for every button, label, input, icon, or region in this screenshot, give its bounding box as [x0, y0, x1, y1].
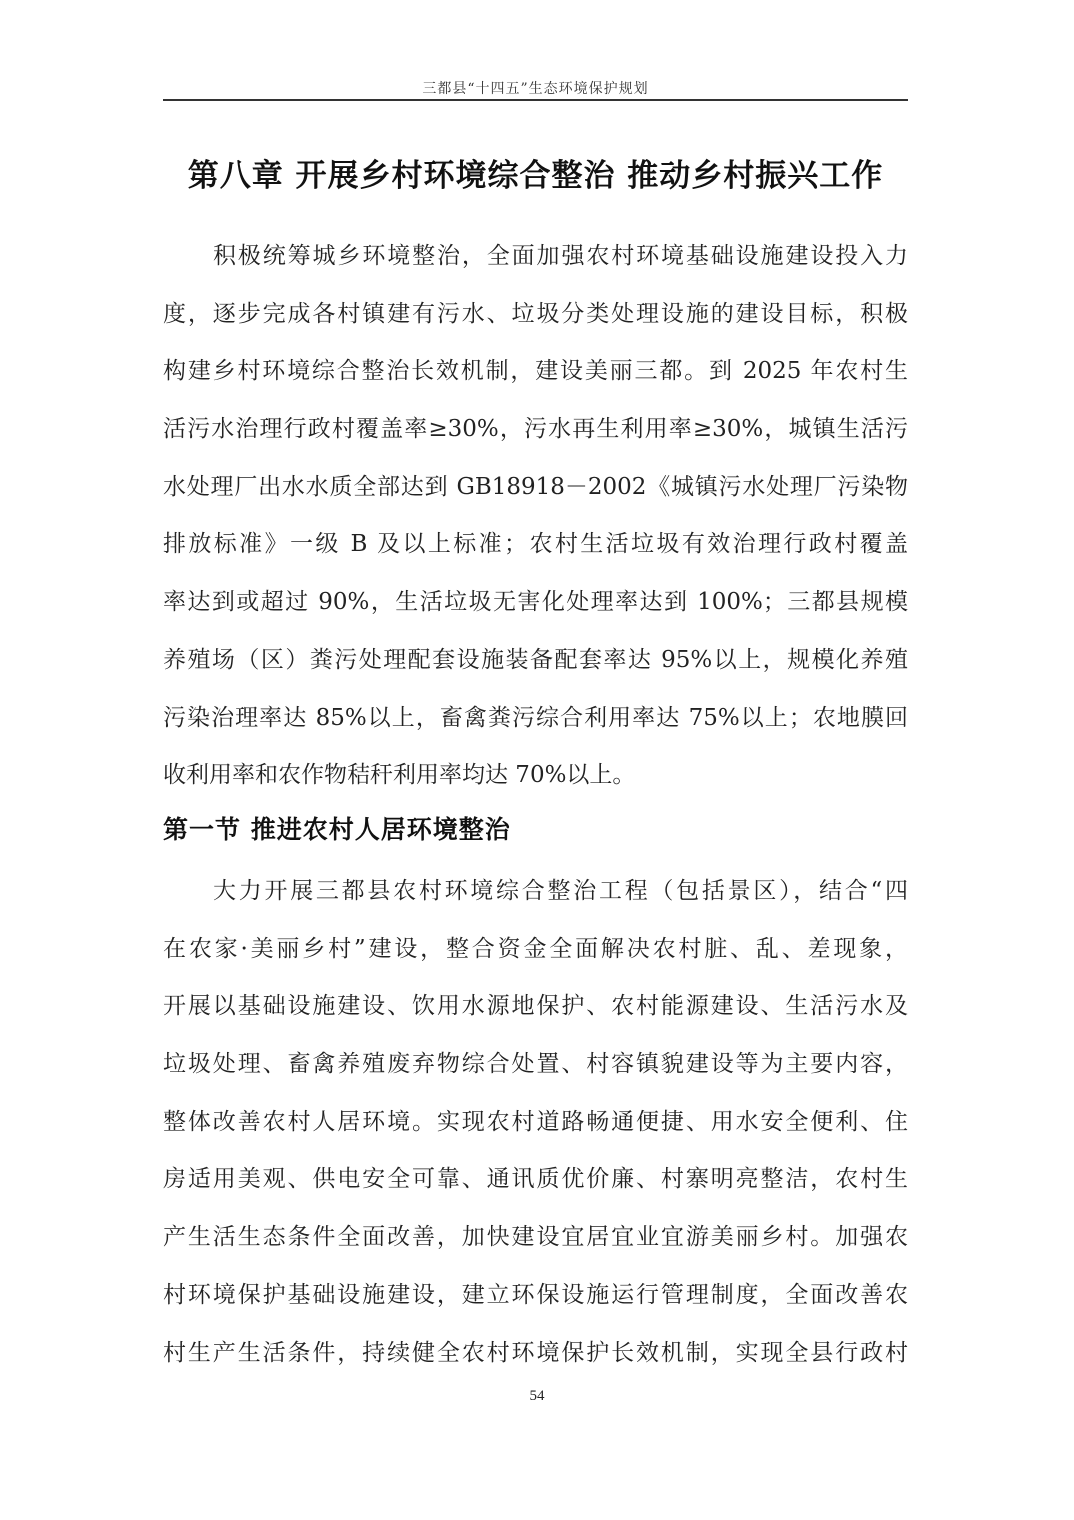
paragraph-line: 水处理厂出水水质全部达到 GB18918－2002《城镇污水处理厂污染物 — [163, 459, 908, 517]
paragraph-line: 积极统筹城乡环境整治，全面加强农村环境基础设施建设投入力 — [163, 228, 908, 286]
paragraph-line: 开展以基础设施建设、饮用水源地保护、农村能源建设、生活污水及 — [163, 978, 908, 1036]
paragraph-line: 在农家·美丽乡村”建设，整合资金全面解决农村脏、乱、差现象， — [163, 921, 908, 979]
paragraph-line: 村生产生活条件，持续健全农村环境保护长效机制，实现全县行政村 — [163, 1325, 908, 1383]
chapter-title: 第八章 开展乡村环境综合整治 推动乡村振兴工作 — [163, 150, 908, 195]
paragraph-line: 污染治理率达 85%以上，畜禽粪污综合利用率达 75%以上；农地膜回 — [163, 690, 908, 748]
header-rule — [163, 99, 908, 101]
paragraph-line: 收利用率和农作物秸秆利用率均达 70%以上。 — [163, 747, 908, 805]
intro-paragraph: 积极统筹城乡环境整治，全面加强农村环境基础设施建设投入力 度，逐步完成各村镇建有… — [163, 228, 908, 805]
paragraph-line: 活污水治理行政村覆盖率≥30%，污水再生利用率≥30%，城镇生活污 — [163, 401, 908, 459]
paragraph-line: 垃圾处理、畜禽养殖废弃物综合处置、村容镇貌建设等为主要内容， — [163, 1036, 908, 1094]
paragraph-line: 大力开展三都县农村环境综合整治工程（包括景区），结合“四 — [163, 863, 908, 921]
running-header: 三都县“十四五”生态环境保护规划 — [163, 78, 908, 98]
paragraph-line: 村环境保护基础设施建设，建立环保设施运行管理制度，全面改善农 — [163, 1267, 908, 1325]
section-title: 第一节 推进农村人居环境整治 — [163, 810, 511, 846]
document-page: 三都县“十四五”生态环境保护规划 第八章 开展乡村环境综合整治 推动乡村振兴工作… — [0, 0, 1074, 1520]
paragraph-line: 率达到或超过 90%，生活垃圾无害化处理率达到 100%；三都县规模 — [163, 574, 908, 632]
paragraph-line: 度，逐步完成各村镇建有污水、垃圾分类处理设施的建设目标，积极 — [163, 286, 908, 344]
paragraph-line: 房适用美观、供电安全可靠、通讯质优价廉、村寨明亮整洁，农村生 — [163, 1151, 908, 1209]
paragraph-line: 产生活生态条件全面改善，加快建设宜居宜业宜游美丽乡村。加强农 — [163, 1209, 908, 1267]
page-number: 54 — [0, 1388, 1074, 1405]
paragraph-line: 构建乡村环境综合整治长效机制，建设美丽三都。到 2025 年农村生 — [163, 343, 908, 401]
paragraph-line: 养殖场（区）粪污处理配套设施装备配套率达 95%以上，规模化养殖 — [163, 632, 908, 690]
paragraph-line: 排放标准》一级 B 及以上标准；农村生活垃圾有效治理行政村覆盖 — [163, 516, 908, 574]
paragraph-line: 整体改善农村人居环境。实现农村道路畅通便捷、用水安全便利、住 — [163, 1094, 908, 1152]
section-paragraph: 大力开展三都县农村环境综合整治工程（包括景区），结合“四 在农家·美丽乡村”建设… — [163, 863, 908, 1382]
